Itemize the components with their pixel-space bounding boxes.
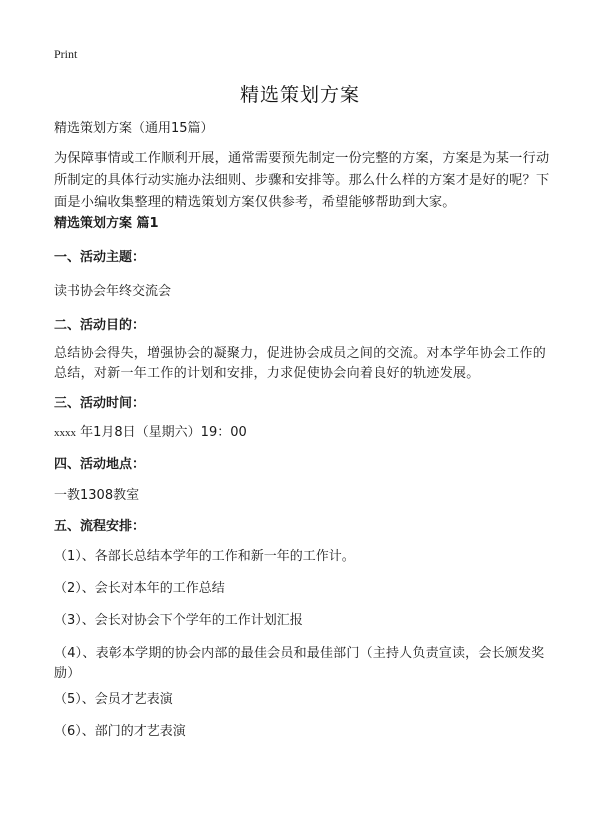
print-label: Print [54, 47, 77, 62]
part-heading: 精选策划方案 篇1 [54, 214, 554, 234]
schedule-step: （4）、表彰本学期的协会内部的最佳会员和最佳部门（主持人负责宣读，会长颁发奖励） [54, 644, 554, 684]
schedule-step: （5）、会员才艺表演 [54, 690, 554, 710]
section-content-purpose: 总结协会得失，增强协会的凝聚力，促进协会成员之间的交流。对本学年协会工作的总结，… [54, 344, 554, 384]
schedule-step: （6）、部门的才艺表演 [54, 722, 554, 742]
section-heading-time: 三、活动时间： [54, 394, 554, 414]
schedule-step: （2）、会长对本年的工作总结 [54, 579, 554, 599]
section-heading-schedule: 五、流程安排： [54, 517, 554, 537]
time-detail: 年1月8日（星期六）19：00 [80, 425, 247, 440]
section-heading-location: 四、活动地点： [54, 455, 554, 475]
time-year-placeholder: xxxx [54, 427, 76, 439]
section-content-theme: 读书协会年终交流会 [54, 282, 554, 302]
section-heading-theme: 一、活动主题： [54, 248, 554, 268]
document-page: Print 精选策划方案 精选策划方案（通用15篇） 为保障事情或工作顺利开展，… [0, 0, 600, 828]
document-title: 精选策划方案 [0, 80, 600, 107]
section-content-time: xxxx 年1月8日（星期六）19：00 [54, 423, 554, 443]
intro-paragraph: 为保障事情或工作顺利开展，通常需要预先制定一份完整的方案，方案是为某一行动所制定… [54, 148, 554, 214]
document-subtitle: 精选策划方案（通用15篇） [54, 119, 554, 139]
schedule-step: （1）、各部长总结本学年的工作和新一年的工作计。 [54, 547, 554, 567]
schedule-step: （3）、会长对协会下个学年的工作计划汇报 [54, 611, 554, 631]
section-heading-purpose: 二、活动目的： [54, 316, 554, 336]
section-content-location: 一教1308教室 [54, 486, 554, 506]
